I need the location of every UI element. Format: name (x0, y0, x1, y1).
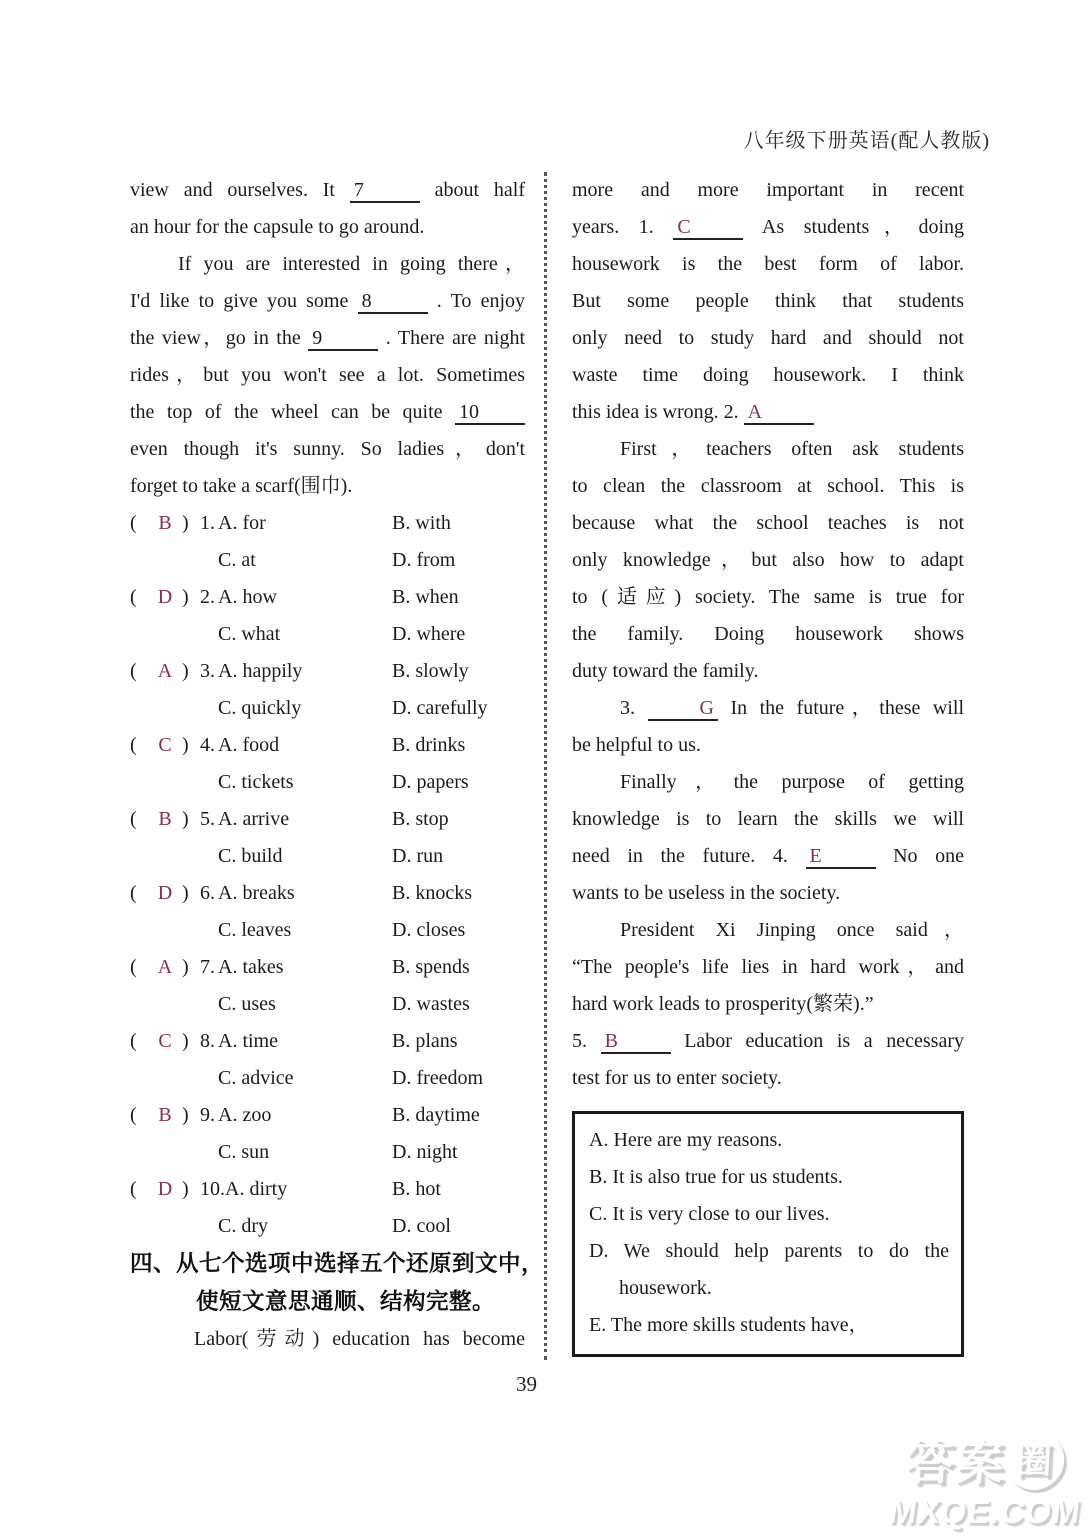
text-run: forget to take a scarf(围巾). (130, 475, 352, 497)
text-run: the top of the wheel can be quite (130, 401, 443, 423)
text-run: “The people's life lies in hard work，and (572, 956, 964, 978)
passage-line: First，teachers often ask students (572, 431, 964, 468)
option-a: A. how (218, 586, 277, 608)
passage-line: “The people's life lies in hard work，and (572, 949, 964, 986)
question-row: C. what D. where (130, 616, 525, 653)
question-row: C. sun D. night (130, 1134, 525, 1171)
cloze-line: rides，but you won't see a lot. Sometimes (130, 357, 525, 394)
option-d: D. papers (392, 764, 525, 801)
answer-bracket: (D)10. (130, 1171, 225, 1208)
cloze-line: I'd like to give you some 8 . To enjoy (130, 283, 525, 320)
option-d: D. closes (392, 912, 525, 949)
box-option-b: B. It is also true for us students. (589, 1159, 949, 1196)
option-c: C. advice (130, 1060, 392, 1097)
option-b: B. plans (392, 1023, 525, 1060)
option-c: C. sun (130, 1134, 392, 1171)
question-row: (D)2.A. how B. when (130, 579, 525, 616)
paren-open: ( (130, 1171, 148, 1208)
text-run: only need to study hard and should not (572, 327, 964, 349)
option-a: A. happily (218, 660, 302, 682)
text-run: President Xi Jinping once said， (620, 919, 964, 941)
answer-bracket: (D)2. (130, 579, 218, 616)
answer-blank-4: E (806, 845, 876, 869)
option-a: A. for (218, 512, 266, 534)
text-run: this idea is wrong. 2. (572, 401, 739, 423)
text-run: hard work leads to prosperity(繁荣).” (572, 993, 874, 1015)
passage-line: need in the future. 4. E No one (572, 838, 964, 875)
paren-close: ) (182, 875, 200, 912)
text-run: knowledge is to learn the skills we will (572, 808, 964, 830)
text-run: the view，go in the (130, 327, 301, 349)
option-c: C. uses (130, 986, 392, 1023)
text-run: be helpful to us. (572, 734, 701, 756)
passage-line: only knowledge，but also how to adapt (572, 542, 964, 579)
text-run: If you are interested in going there， (178, 253, 525, 275)
text-run: test for us to enter society. (572, 1067, 782, 1089)
question-cell: (C)4.A. food (130, 727, 392, 764)
watermark-domain: MXQE.COM (867, 1492, 1090, 1532)
text-run: view and ourselves. It (130, 179, 335, 201)
cloze-line: forget to take a scarf(围巾). (130, 468, 525, 505)
paren-open: ( (130, 505, 148, 542)
option-a: A. dirty (225, 1178, 287, 1200)
blank-number: 10 (459, 401, 479, 423)
option-c: C. what (130, 616, 392, 653)
passage-line: to (适应) society. The same is true for (572, 579, 964, 616)
option-b: B. slowly (392, 653, 525, 690)
box-option-d-wrap: housework. (589, 1270, 949, 1307)
question-row: C. at D. from (130, 542, 525, 579)
answer-letter: A (148, 949, 182, 986)
blank-number: 8 (362, 290, 372, 312)
answer-blank-2: A (744, 401, 814, 425)
question-row: C. dry D. cool (130, 1208, 525, 1245)
question-number: 9. (200, 1104, 215, 1126)
passage-line: because what the school teaches is not (572, 505, 964, 542)
passage-line: housework is the best form of labor. (572, 246, 964, 283)
text-run: No one (893, 845, 964, 867)
question-cell: (B)9.A. zoo (130, 1097, 392, 1134)
paren-close: ) (182, 1023, 200, 1060)
option-b: B. stop (392, 801, 525, 838)
paren-open: ( (130, 653, 148, 690)
text-run: even though it's sunny. So ladies，don't (130, 438, 525, 460)
cloze-blank-7: 7 (350, 179, 420, 203)
question-number: 2. (200, 586, 215, 608)
option-b: B. daytime (392, 1097, 525, 1134)
text-run: Labor education is a necessary (684, 1030, 964, 1052)
option-b: B. knocks (392, 875, 525, 912)
option-a: A. food (218, 734, 279, 756)
option-b: B. hot (392, 1171, 525, 1208)
passage-line: test for us to enter society. (572, 1060, 964, 1097)
paren-close: ) (182, 653, 200, 690)
option-b: B. drinks (392, 727, 525, 764)
passage-line: President Xi Jinping once said， (572, 912, 964, 949)
box-option-a: A. Here are my reasons. (589, 1122, 949, 1159)
answer-letter: C (677, 216, 690, 238)
answer-blank-3: G (648, 697, 718, 721)
text-run: housework is the best form of labor. (572, 253, 964, 275)
text-run: waste time doing housework. I think (572, 364, 964, 386)
answer-letter: D (148, 579, 182, 616)
passage-line: 3. G In the future，these will (572, 690, 964, 727)
text-run: First，teachers often ask students (620, 438, 964, 460)
cloze-line: view and ourselves. It 7 about half (130, 172, 525, 209)
watermark-logo: 答案圈 MXQE.COM (870, 1432, 1090, 1532)
answer-letter: A (748, 401, 762, 423)
answer-letter: B (148, 505, 182, 542)
text-run: only knowledge，but also how to adapt (572, 549, 964, 571)
passage-line: years. 1. C As students，doing (572, 209, 964, 246)
option-c: C. dry (130, 1208, 392, 1245)
answer-letter: G (700, 697, 714, 719)
passage-line: be helpful to us. (572, 727, 964, 764)
text-run: duty toward the family. (572, 660, 758, 682)
option-a: A. breaks (218, 882, 295, 904)
page-header: 八年级下册英语(配人教版) (0, 124, 990, 153)
passage-line: the family. Doing housework shows (572, 616, 964, 653)
question-number: 5. (200, 808, 215, 830)
cloze-line: an hour for the capsule to go around. (130, 209, 525, 246)
paren-close: ) (182, 1171, 200, 1208)
text-run: Labor(劳动) education has become (194, 1328, 525, 1350)
option-c: C. leaves (130, 912, 392, 949)
option-b: B. with (392, 505, 525, 542)
cloze-line: even though it's sunny. So ladies，don't (130, 431, 525, 468)
text-run: 5. (572, 1030, 587, 1052)
option-c: C. quickly (130, 690, 392, 727)
watermark-brand: 答案圈 (868, 1432, 1090, 1492)
answer-letter: B (605, 1030, 618, 1052)
answer-bracket: (A)3. (130, 653, 218, 690)
option-a: A. time (218, 1030, 278, 1052)
passage-line: Finally，the purpose of getting (572, 764, 964, 801)
answer-bracket: (C)4. (130, 727, 218, 764)
option-b: B. spends (392, 949, 525, 986)
watermark-circle-icon: 圈 (1005, 1432, 1066, 1490)
text-run: to clean the classroom at school. This i… (572, 475, 964, 497)
answer-letter: D (148, 875, 182, 912)
question-cell: (B)5.A. arrive (130, 801, 392, 838)
paren-open: ( (130, 875, 148, 912)
paren-close: ) (182, 727, 200, 764)
cloze-line: If you are interested in going there， (130, 246, 525, 283)
question-cell: (A)7.A. takes (130, 949, 392, 986)
answer-bracket: (A)7. (130, 949, 218, 986)
question-number: 4. (200, 734, 215, 756)
passage-line: duty toward the family. (572, 653, 964, 690)
question-row: (C)4.A. food B. drinks (130, 727, 525, 764)
options-box: A. Here are my reasons. B. It is also tr… (572, 1111, 964, 1357)
text-run: to (适应) society. The same is true for (572, 586, 964, 608)
text-run: rides，but you won't see a lot. Sometimes (130, 364, 525, 386)
text-run: . There are night (386, 327, 525, 349)
answer-letter: E (810, 845, 822, 867)
watermark-brand-text: 答案 (905, 1437, 1008, 1490)
cloze-blank-9: 9 (308, 327, 378, 351)
answer-blank-5: B (601, 1030, 671, 1054)
option-d: D. cool (392, 1208, 525, 1245)
passage-line: 5. B Labor education is a necessary (572, 1023, 964, 1060)
paren-open: ( (130, 727, 148, 764)
text-run: about half (435, 179, 525, 201)
right-column: more and more important in recent years.… (572, 172, 964, 1357)
question-row: (B)1.A. for B. with (130, 505, 525, 542)
question-row: (C)8.A. time B. plans (130, 1023, 525, 1060)
left-column: view and ourselves. It 7 about half an h… (130, 172, 525, 1358)
cloze-blank-8: 8 (358, 290, 428, 314)
answer-bracket: (B)9. (130, 1097, 218, 1134)
question-cell: (B)1.A. for (130, 505, 392, 542)
blank-number: 9 (312, 327, 322, 349)
box-option-d: D. We should help parents to do the (589, 1233, 949, 1270)
answer-letter: A (148, 653, 182, 690)
question-row: C. tickets D. papers (130, 764, 525, 801)
passage-line: this idea is wrong. 2. A (572, 394, 964, 431)
text-run: because what the school teaches is not (572, 512, 964, 534)
text-run: But some people think that students (572, 290, 964, 312)
blank-number: 7 (354, 179, 364, 201)
cloze-blank-10: 10 (455, 401, 525, 425)
text-run: an hour for the capsule to go around. (130, 216, 424, 238)
text-run: I'd like to give you some (130, 290, 348, 312)
option-d: D. freedom (392, 1060, 525, 1097)
box-option-e: E. The more skills students have， (589, 1307, 949, 1344)
paren-close: ) (182, 949, 200, 986)
option-d: D. where (392, 616, 525, 653)
option-a: A. zoo (218, 1104, 271, 1126)
paren-open: ( (130, 1097, 148, 1134)
passage-line: more and more important in recent (572, 172, 964, 209)
answer-bracket: (C)8. (130, 1023, 218, 1060)
question-row: C. uses D. wastes (130, 986, 525, 1023)
text-run: 3. (620, 697, 635, 719)
option-c: C. at (130, 542, 392, 579)
question-row: C. leaves D. closes (130, 912, 525, 949)
answer-letter: C (148, 727, 182, 764)
question-row: (B)5.A. arrive B. stop (130, 801, 525, 838)
paren-close: ) (182, 579, 200, 616)
option-d: D. run (392, 838, 525, 875)
section-heading-line2: 使短文意思通顺、结构完整。 (130, 1283, 525, 1321)
question-number: 8. (200, 1030, 215, 1052)
question-row: C. quickly D. carefully (130, 690, 525, 727)
text-run: wants to be useless in the society. (572, 882, 840, 904)
passage-line: only need to study hard and should not (572, 320, 964, 357)
text-run: years. 1. (572, 216, 654, 238)
paren-open: ( (130, 801, 148, 838)
passage-line: to clean the classroom at school. This i… (572, 468, 964, 505)
passage-line: But some people think that students (572, 283, 964, 320)
paren-close: ) (182, 801, 200, 838)
paren-close: ) (182, 1097, 200, 1134)
text-run: Finally，the purpose of getting (620, 771, 964, 793)
text-run: As students，doing (762, 216, 964, 238)
column-divider (544, 172, 547, 1360)
option-d: D. wastes (392, 986, 525, 1023)
page-number: 39 (516, 1372, 537, 1397)
answer-letter: C (148, 1023, 182, 1060)
answer-letter: B (148, 1097, 182, 1134)
cloze-line: the top of the wheel can be quite 10 (130, 394, 525, 431)
text-run: the family. Doing housework shows (572, 623, 964, 645)
option-b: B. when (392, 579, 525, 616)
option-c: C. tickets (130, 764, 392, 801)
text-run: need in the future. 4. (572, 845, 788, 867)
paren-open: ( (130, 1023, 148, 1060)
option-d: D. from (392, 542, 525, 579)
question-number: 7. (200, 956, 215, 978)
question-row: (D)10.A. dirty B. hot (130, 1171, 525, 1208)
answer-bracket: (B)1. (130, 505, 218, 542)
answer-bracket: (D)6. (130, 875, 218, 912)
question-row: (B)9.A. zoo B. daytime (130, 1097, 525, 1134)
section-heading-line1: 四、从七个选项中选择五个还原到文中， (130, 1245, 525, 1283)
question-cell: (A)3.A. happily (130, 653, 392, 690)
question-number: 1. (200, 512, 215, 534)
cloze-line: the view，go in the 9 . There are night (130, 320, 525, 357)
paren-close: ) (182, 505, 200, 542)
paren-open: ( (130, 579, 148, 616)
answer-letter: B (148, 801, 182, 838)
question-row: C. build D. run (130, 838, 525, 875)
answer-blank-1: C (673, 216, 743, 240)
option-a: A. takes (218, 956, 284, 978)
text-run: more and more important in recent (572, 179, 964, 201)
question-number: 3. (200, 660, 215, 682)
box-option-c: C. It is very close to our lives. (589, 1196, 949, 1233)
question-row: (A)3.A. happily B. slowly (130, 653, 525, 690)
question-number: 10. (200, 1178, 225, 1200)
passage-line: waste time doing housework. I think (572, 357, 964, 394)
option-d: D. carefully (392, 690, 525, 727)
text-run: In the future，these will (730, 697, 964, 719)
workbook-page: 八年级下册英语(配人教版) view and ourselves. It 7 a… (0, 0, 1090, 1536)
answer-letter: D (148, 1171, 182, 1208)
passage-first-line: Labor(劳动) education has become (130, 1321, 525, 1358)
question-row: (A)7.A. takes B. spends (130, 949, 525, 986)
question-cell: (D)6.A. breaks (130, 875, 392, 912)
answer-bracket: (B)5. (130, 801, 218, 838)
passage-line: knowledge is to learn the skills we will (572, 801, 964, 838)
paren-open: ( (130, 949, 148, 986)
passage-line: hard work leads to prosperity(繁荣).” (572, 986, 964, 1023)
question-row: C. advice D. freedom (130, 1060, 525, 1097)
passage-line: wants to be useless in the society. (572, 875, 964, 912)
question-cell: (D)10.A. dirty (130, 1171, 392, 1208)
question-cell: (C)8.A. time (130, 1023, 392, 1060)
option-c: C. build (130, 838, 392, 875)
option-d: D. night (392, 1134, 525, 1171)
option-a: A. arrive (218, 808, 289, 830)
question-row: (D)6.A. breaks B. knocks (130, 875, 525, 912)
question-number: 6. (200, 882, 215, 904)
text-run: . To enjoy (437, 290, 525, 312)
question-cell: (D)2.A. how (130, 579, 392, 616)
